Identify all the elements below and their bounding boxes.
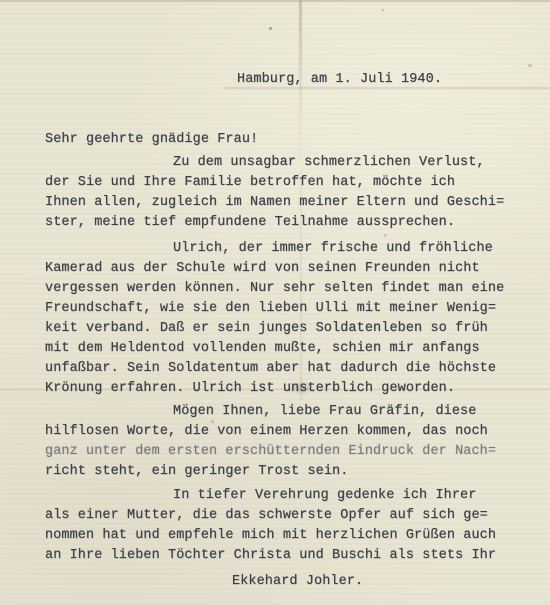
letter-line: der Sie und Ihre Familie betroffen hat, …: [45, 173, 510, 193]
letter-line: Ulrich, der immer frische und fröhliche: [45, 239, 510, 259]
letter-line: keit verband. Daß er sein junges Soldate…: [45, 319, 510, 339]
letter-line: nommen hat und empfehle mich mit herzlic…: [45, 526, 510, 546]
letter-line: an Ihre lieben Töchter Christa und Busch…: [45, 546, 510, 566]
letter-line: Mögen Ihnen, liebe Frau Gräfin, diese: [45, 402, 510, 422]
letter-line: ster, meine tief empfundene Teilnahme au…: [45, 213, 510, 233]
letter-line: mit dem Heldentod vollenden mußte, schie…: [45, 339, 510, 359]
letter-line: als einer Mutter, die das schwerste Opfe…: [45, 506, 510, 526]
paragraph: Mögen Ihnen, liebe Frau Gräfin, diesehil…: [45, 402, 510, 482]
letter-line: hilflosen Worte, die von einem Herzen ko…: [45, 422, 510, 442]
scanned-letter-page: Hamburg, am 1. Juli 1940. Sehr geehrte g…: [0, 0, 550, 605]
paragraph: In tiefer Verehrung gedenke ich Ihrerals…: [45, 486, 510, 566]
salutation: Sehr geehrte gnädige Frau!: [45, 130, 510, 150]
signature: Ekkehard Johler.: [232, 572, 510, 592]
date-line: Hamburg, am 1. Juli 1940.: [237, 0, 510, 90]
letter-line: Kamerad aus der Schule wird von seinen F…: [45, 259, 510, 279]
letter-line: unfaßbar. Sein Soldatentum aber hat dadu…: [45, 359, 510, 379]
letter-line: Zu dem unsagbar schmerzlichen Verlust,: [45, 153, 510, 173]
letter-body: Hamburg, am 1. Juli 1940. Sehr geehrte g…: [0, 0, 550, 605]
letter-line: Krönung erfahren. Ulrich ist unsterblich…: [45, 379, 510, 399]
letter-line: vergessen werden können. Nur sehr selten…: [45, 279, 510, 299]
paragraph: Zu dem unsagbar schmerzlichen Verlust,de…: [45, 153, 510, 233]
letter-line: In tiefer Verehrung gedenke ich Ihrer: [45, 486, 510, 506]
letter-line: Freundschaft, wie sie den lieben Ulli mi…: [45, 299, 510, 319]
letter-line: Ihnen allen, zugleich im Namen meiner El…: [45, 193, 510, 213]
letter-paragraphs: Zu dem unsagbar schmerzlichen Verlust,de…: [45, 153, 510, 566]
letter-line: ganz unter dem ersten erschütternden Ein…: [45, 442, 510, 462]
letter-line: richt steht, ein geringer Trost sein.: [45, 462, 510, 482]
paragraph: Ulrich, der immer frische und fröhlicheK…: [45, 239, 510, 399]
